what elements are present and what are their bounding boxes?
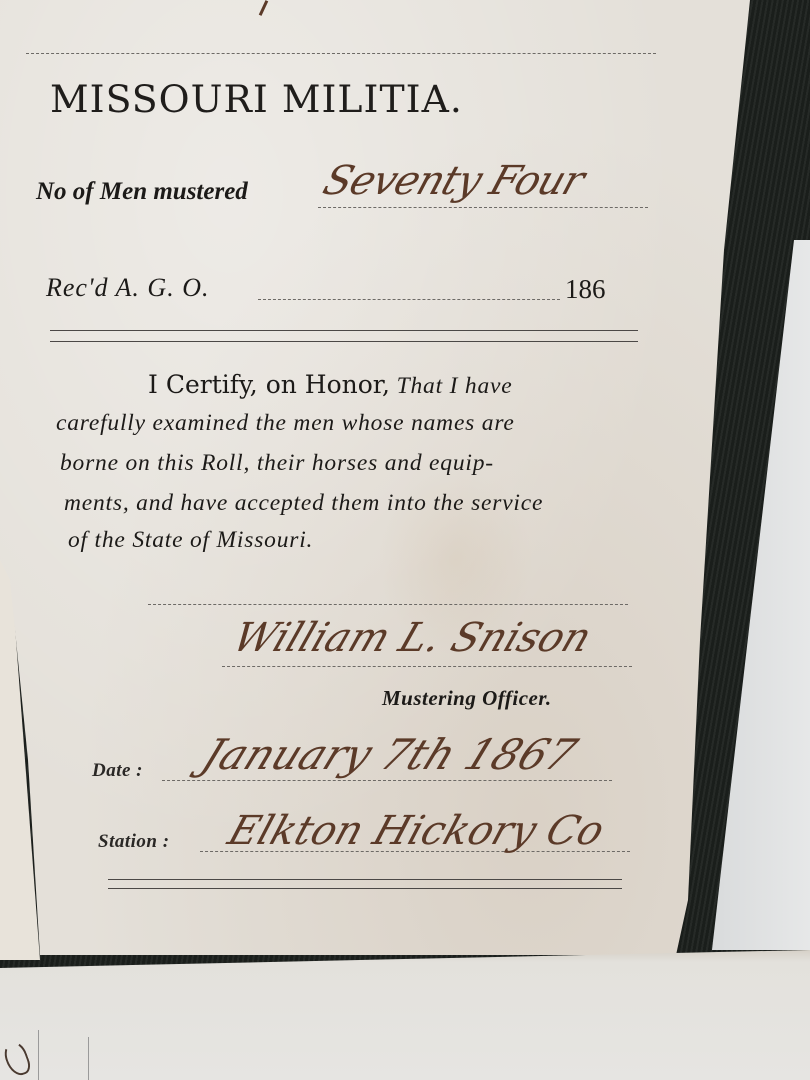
- document-title: MISSOURI MILITIA.: [50, 78, 463, 121]
- station-value: Elkton Hickory Co: [223, 808, 610, 854]
- certification-text: That I have: [397, 373, 513, 399]
- adjacent-paper-bottom: [0, 950, 810, 1080]
- bottom-paper-rule-1: [38, 1030, 39, 1080]
- certification-line-3: borne on this Roll, their horses and equ…: [60, 450, 494, 477]
- date-underline: [162, 780, 612, 781]
- certification-line-4: ments, and have accepted them into the s…: [64, 490, 543, 517]
- recd-ago-label: Rec'd A. G. O.: [46, 273, 210, 303]
- men-mustered-underline: [318, 207, 648, 208]
- double-rule-bottom-2: [108, 888, 622, 889]
- signature-top-dashed-line: [148, 604, 628, 605]
- mustering-officer-label: Mustering Officer.: [382, 686, 552, 711]
- double-rule-bottom-1: [108, 879, 622, 880]
- double-rule-top-1: [50, 330, 638, 331]
- bottom-paper-rule-2: [88, 1037, 89, 1080]
- date-label: Date :: [92, 760, 143, 782]
- men-mustered-value: Seventy Four: [318, 158, 590, 204]
- recd-ago-underline: [258, 299, 560, 300]
- officer-signature: William L. Snison: [227, 615, 598, 661]
- certification-line-2: carefully examined the men whose names a…: [56, 410, 515, 437]
- date-value: January 7th 1867: [195, 730, 584, 779]
- certification-line-1: I Certify, on Honor, That I have: [148, 370, 512, 400]
- certification-line-5: of the State of Missouri.: [68, 527, 313, 554]
- certify-on-honor-heading: I Certify, on Honor,: [148, 370, 390, 399]
- station-label: Station :: [98, 831, 170, 853]
- double-rule-top-2: [50, 341, 638, 342]
- photo-scene: MISSOURI MILITIA. No of Men mustered Sev…: [0, 0, 810, 1080]
- top-dashed-line: [26, 53, 656, 54]
- men-mustered-label: No of Men mustered: [36, 178, 248, 206]
- signature-underline: [222, 666, 632, 667]
- recd-ago-year: 186: [565, 274, 606, 305]
